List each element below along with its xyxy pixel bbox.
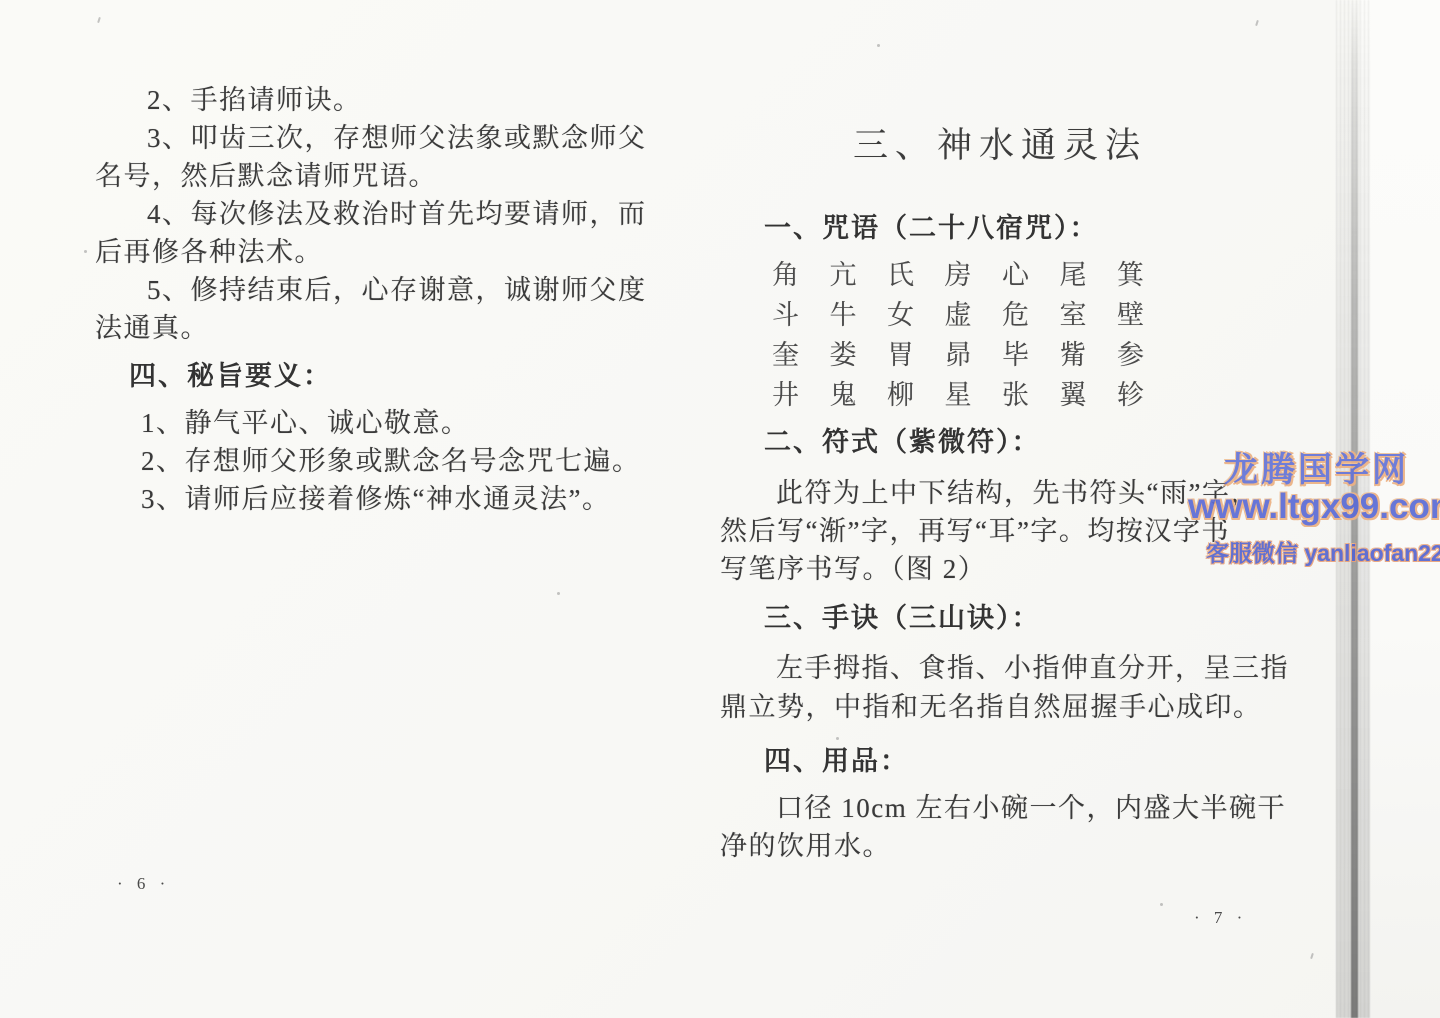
watermark-site-name: 龙腾国学网 xyxy=(1224,442,1409,491)
star-char: 娄 xyxy=(830,339,857,371)
scanned-book-spread: 2、手掐请师诀。 3、叩齿三次，存想师父法象或默念师父 名号，然后默念请师咒语。… xyxy=(0,0,1440,1018)
body-line: 2、手掐请师诀。 xyxy=(95,84,707,116)
scan-speck xyxy=(836,737,839,740)
scan-speck xyxy=(1160,903,1163,906)
body-line: 写笔序书写。（图 2） xyxy=(720,553,1280,585)
star-char: 斗 xyxy=(772,299,799,331)
star-char: 房 xyxy=(945,259,972,291)
star-char: 尾 xyxy=(1060,259,1087,291)
body-line: 鼎立势，中指和无名指自然屈握手心成印。 xyxy=(720,691,1280,723)
left-page: 2、手掐请师诀。 3、叩齿三次，存想师父法象或默念师父 名号，然后默念请师咒语。… xyxy=(95,0,655,1018)
body-line: 后再修各种法术。 xyxy=(95,236,655,268)
star-char: 轸 xyxy=(1117,379,1144,411)
scan-speck xyxy=(877,44,880,47)
watermark-url: www.ltgx99.com xyxy=(1188,487,1440,527)
star-char: 壁 xyxy=(1117,299,1144,331)
star-row: 斗 牛 女 虚 危 室 壁 xyxy=(772,299,1144,331)
star-char: 觜 xyxy=(1060,339,1087,371)
star-char: 危 xyxy=(1002,299,1029,331)
page-number-left: · 6 · xyxy=(117,874,170,894)
body-line: 净的饮用水。 xyxy=(720,830,1280,862)
body-line: 5、修持结束后，心存谢意，诚谢师父度 xyxy=(95,274,707,306)
star-char: 星 xyxy=(945,379,972,411)
star-char: 心 xyxy=(1002,259,1029,291)
watermark-contact: 客服微信 yanliaofan225 xyxy=(1206,535,1440,568)
star-char: 毕 xyxy=(1002,339,1029,371)
body-line: 3、叩齿三次，存想师父法象或默念师父 xyxy=(95,122,707,154)
section-heading-hand-seal: 三、手诀（三山诀）： xyxy=(720,602,1324,634)
body-line: 左手拇指、食指、小指伸直分开，呈三指 xyxy=(720,652,1336,684)
star-row: 奎 娄 胃 昴 毕 觜 参 xyxy=(772,339,1144,371)
body-line: 口径 10cm 左右小碗一个，内盛大半碗干 xyxy=(720,792,1336,824)
star-char: 牛 xyxy=(830,299,857,331)
star-char: 氏 xyxy=(887,259,914,291)
star-char: 柳 xyxy=(887,379,914,411)
body-line: 4、每次修法及救治时首先均要请师，而 xyxy=(95,198,707,230)
body-line: 名号，然后默念请师咒语。 xyxy=(95,160,655,192)
page-number-right: · 7 · xyxy=(1194,908,1247,928)
body-line: 法通真。 xyxy=(95,312,655,344)
scan-speck xyxy=(557,592,560,595)
star-char: 胃 xyxy=(887,339,914,371)
star-char: 奎 xyxy=(772,339,799,371)
star-char: 参 xyxy=(1117,339,1144,371)
list-item: 3、请师后应接着修炼“神水通灵法”。 xyxy=(95,483,701,515)
star-row: 井 鬼 柳 星 张 翼 轸 xyxy=(772,379,1144,411)
star-char: 女 xyxy=(887,299,914,331)
section-heading-incantation: 一、咒语（二十八宿咒）： xyxy=(720,212,1324,244)
section-heading-supplies: 四、用品： xyxy=(720,745,1324,777)
list-item: 2、存想师父形象或默念名号念咒七遍。 xyxy=(95,445,701,477)
star-char: 箕 xyxy=(1117,259,1144,291)
chapter-title: 三、神水通灵法 xyxy=(720,126,1280,166)
star-char: 亢 xyxy=(830,259,857,291)
star-char: 角 xyxy=(772,259,799,291)
star-char: 虚 xyxy=(945,299,972,331)
star-char: 张 xyxy=(1002,379,1029,411)
star-row: 角 亢 氏 房 心 尾 箕 xyxy=(772,259,1144,291)
star-char: 翼 xyxy=(1060,379,1087,411)
star-char: 井 xyxy=(772,379,799,411)
star-char: 昴 xyxy=(945,339,972,371)
list-item: 1、静气平心、诚心敬意。 xyxy=(95,407,701,439)
section-heading-secret-essentials: 四、秘旨要义： xyxy=(95,360,689,392)
star-char: 鬼 xyxy=(830,379,857,411)
star-char: 室 xyxy=(1060,299,1087,331)
scan-speck xyxy=(84,250,87,253)
scan-speck xyxy=(1310,953,1314,959)
